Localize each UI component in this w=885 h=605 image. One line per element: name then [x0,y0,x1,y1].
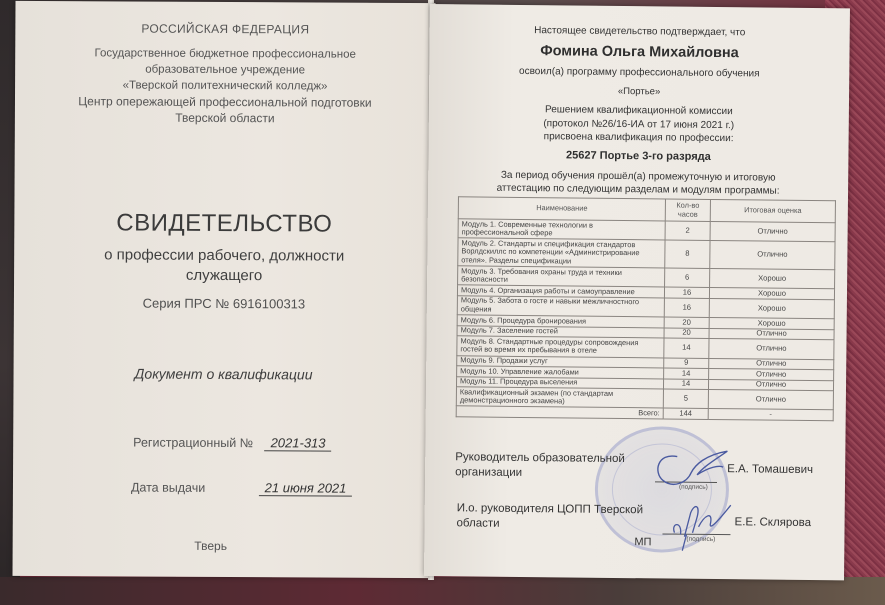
signature-role-1: Руководитель образовательной организации [455,450,625,482]
issue-date-label: Дата выдачи [131,481,205,495]
total-grade: - [708,409,833,421]
qualification: 25627 Портье 3-го разряда [428,148,848,164]
modules-table-body: Модуль 1. Современные технологии в профе… [456,219,835,421]
module-hours: 14 [663,379,708,390]
header-name: Наименование [458,197,665,221]
institution-name: Государственное бюджетное профессиональн… [15,45,435,95]
module-name: Модуль 3. Требования охраны труда и техн… [458,266,665,287]
intro-text: Настоящее свидетельство подтверждает, чт… [430,24,850,39]
module-name: Модуль 5. Забота о госте и навыки межлич… [457,296,664,317]
module-grade: Отлично [710,222,835,242]
module-name: Квалификационный экзамен (по стандартам … [456,387,663,408]
commission-decision: Решением квалификационной комиссии (прот… [429,102,849,147]
module-hours: 20 [664,328,709,339]
module-hours: 14 [664,338,709,358]
holder-name: Фомина Ольга Михайловна [429,42,849,62]
document-type: Документ о квалификации [14,365,434,383]
mastered-text: освоил(а) программу профессионального об… [429,65,849,80]
module-hours: 2 [665,221,710,241]
series-number: Серия ПРС № 6916100313 [14,295,434,312]
module-grade: Хорошо [710,269,835,289]
registration-label: Регистрационный № [133,436,253,451]
module-hours: 16 [664,287,709,298]
signer-name-1: Е.А. Томашевич [727,463,813,476]
table-row: Модуль 2. Стандарты и спецификация станд… [458,238,835,270]
background-bottom [0,577,885,605]
module-hours: 6 [665,268,710,288]
registration-number: Регистрационный № 2021-313 [133,435,331,452]
module-grade: Отлично [710,241,835,270]
center-name: Центр опережающей профессиональной подго… [15,93,435,127]
signature-role-2: И.о. руководителя ЦОПП Тверской области [456,501,643,533]
program-name: «Портье» [429,84,849,99]
header-grade: Итоговая оценка [710,199,835,222]
document-title: СВИДЕТЕЛЬСТВО [14,209,434,239]
issue-date: Дата выдачи 21 июня 2021 [131,480,353,497]
issue-date-value: 21 июня 2021 [259,480,353,496]
signature-caption-2: (подпись) [686,536,715,543]
country-heading: РОССИЙСКАЯ ФЕДЕРАЦИЯ [15,21,435,37]
certificate-details-page: Настоящее свидетельство подтверждает, чт… [424,4,850,580]
registration-value: 2021-313 [265,435,332,451]
module-grade: Отлично [708,390,833,410]
module-hours: 9 [664,357,709,368]
seal-label: МП [634,536,651,548]
modules-table: Наименование Кол-во часов Итоговая оценк… [456,196,836,421]
signature-icon [660,492,741,553]
certificate-cover-page: РОССИЙСКАЯ ФЕДЕРАЦИЯ Государственное бюд… [12,1,435,578]
total-label: Всего: [456,406,663,419]
module-hours: 20 [664,317,709,328]
signature-caption-1: (подпись) [679,484,708,491]
module-hours: 8 [665,240,710,268]
module-hours: 16 [664,298,709,318]
header-hours: Кол-во часов [665,199,710,222]
module-name: Модуль 1. Современные технологии в профе… [458,219,665,240]
module-hours: 14 [664,368,709,379]
attestation-text: За период обучения прошёл(а) промежуточн… [428,168,848,198]
signer-name-2: Е.Е. Склярова [735,516,812,529]
module-name: Модуль 2. Стандарты и спецификация станд… [458,238,665,268]
module-name: Модуль 8. Стандартные процедуры сопровож… [457,336,664,357]
module-grade: Хорошо [709,298,834,318]
module-grade: Отлично [709,339,834,359]
city: Тверь [1,538,421,554]
module-hours: 5 [663,389,708,409]
document-subtitle: о профессии рабочего, должности служащег… [14,245,434,287]
total-hours: 144 [663,408,708,419]
